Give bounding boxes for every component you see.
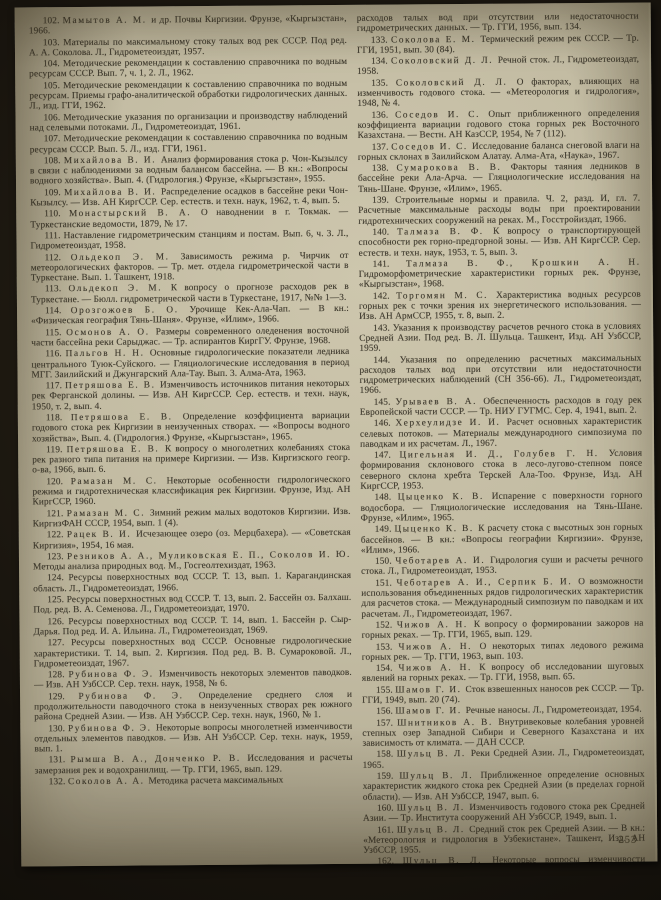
entry-author: Ольдекоп Э. М. (68, 284, 170, 295)
bib-entry: 161. Шульц В. Л. Средний сток рек Средне… (363, 823, 645, 856)
bib-entry: 128. Рубинова Ф. Э. Изменчивость некотор… (34, 668, 352, 691)
entry-text: Методические указания по организации и п… (30, 111, 348, 134)
entry-number: 127. (48, 638, 72, 648)
bib-entry: 157. Шнитников А. В. Внутривековые колеб… (362, 716, 644, 749)
entry-number: 104. (43, 59, 63, 69)
entry-author: Мамытов А. М. (63, 15, 152, 26)
bib-entry: 127. Ресурсы поверхностных вод СССР. Осн… (34, 636, 352, 669)
entry-number: 153. (376, 642, 399, 652)
entry-author: Рамазан М. С. (71, 476, 167, 487)
bib-entry: 160. Шульц В. Л. Изменчивость годового с… (363, 802, 645, 825)
bib-entry: 152. Чижов А. Н. К вопросу о формировани… (361, 619, 643, 642)
entry-number: 126. (47, 617, 68, 627)
bib-entry: 158. Шульц В. Л. Реки Средней Азии. Л., … (362, 748, 644, 771)
entry-author: Соседов И. С. (391, 141, 472, 152)
entry-author: Пальгов Н. Н. (66, 349, 150, 360)
bib-entry: 102. Мамытов А. М. и др. Почвы Киргизии.… (29, 14, 347, 37)
column-right: расходов талых вод при отсутствии или не… (357, 12, 646, 866)
entry-number: 113. (45, 285, 69, 295)
bib-entry: 151. Чеботарев А. И., Серпик Б. И. О воз… (361, 576, 643, 619)
bib-entry: 141. Талмаза В. Ф., Крошкин А. Н. Гидром… (359, 257, 641, 290)
entry-text: Ресурсы поверхностных вод СССР. Т. 14, в… (34, 615, 352, 638)
entry-number: 122. (47, 530, 67, 540)
bib-entry: 103. Материалы по максимальному стоку та… (29, 35, 347, 58)
entry-author: Рамазан М. С. (67, 508, 150, 519)
entry-text: Указания к производству расчетов речного… (359, 321, 641, 354)
bib-entry: 131. Рымша В. А., Донченко Р. В. Исследо… (35, 753, 353, 776)
entry-number: 162. (377, 857, 402, 866)
entry-author: Урываев В. А. (395, 397, 483, 408)
bib-entry: 153. Чижов А. Н. О некоторых типах ледов… (362, 640, 644, 663)
entry-author: Чижов А. Н. (398, 641, 479, 652)
entry-number: 141. (373, 259, 406, 269)
bib-entry: 104. Методические рекомендации к составл… (29, 57, 347, 80)
entry-author: Михайлова В. И. (64, 155, 161, 166)
entry-text: Строительные нормы и правила. Ч. 2, разд… (358, 194, 640, 227)
entry-number: 111. (44, 231, 63, 241)
entry-number: 136. (371, 110, 395, 120)
bib-entry: 124. Ресурсы поверхностных вод СССР. Т. … (33, 571, 351, 594)
bib-entry: 143. Указания к производству расчетов ре… (359, 321, 641, 354)
entry-number: 131. (49, 756, 71, 766)
entry-number: 110. (44, 209, 69, 219)
bib-entry: 154. Чижов А. Н. К вопросу об исследован… (362, 662, 644, 685)
entry-author: Шульц В. Л. (397, 803, 470, 814)
bib-entry: 105. Методические рекомендации к составл… (29, 79, 347, 112)
entry-number: 157. (376, 718, 397, 728)
entry-text: Методы анализа природных вод. М., Госгео… (33, 561, 276, 573)
bib-entry: 107. Методические рекомендации к составл… (30, 132, 348, 155)
entry-number: 158. (376, 750, 396, 760)
entry-author: Шамов Г. И. (395, 706, 465, 717)
bib-entry: 133. Соколова Е. М. Термический режим ре… (357, 33, 639, 56)
bib-entry: 110. Монастырский В. А. О наводнении в г… (30, 207, 348, 230)
bib-entry: 139. Строительные нормы и правила. Ч. 2,… (358, 194, 640, 227)
entry-number: 134. (371, 57, 391, 67)
bib-entry: 108. Михайлова В. И. Анализ формирования… (30, 154, 348, 187)
entry-text: Ресурсы поверхностных вод СССР. Основные… (34, 636, 352, 669)
entry-number: 147. (374, 451, 399, 461)
bib-entry: 135. Соколовский Д. Л. О факторах, влияю… (357, 76, 639, 109)
entry-author: Осмонов А. О. (66, 327, 156, 338)
entry-author: Ольдекоп Э. М. (71, 252, 181, 263)
bib-entry: 112. Ольдекоп Э. М. Зависимость режима р… (31, 250, 349, 283)
entry-author: Михайлова В. И. (64, 187, 161, 198)
entry-number: 133. (371, 35, 391, 45)
entry-number: 109. (44, 188, 64, 198)
entry-number: 161. (377, 825, 397, 835)
entry-author: Чижов А. Н. (397, 620, 474, 631)
entry-number: 119. (46, 445, 67, 455)
bib-entry: 150. Чеботарев А. И. Гидрология суши и р… (361, 555, 643, 578)
entry-text: Речные наносы. Л., Гидрометеоиздат, 1954… (466, 705, 642, 716)
entry-number: 112. (45, 253, 71, 263)
bib-entry: 122. Рацек В. И. Исчезающее озеро (оз. М… (33, 528, 351, 551)
entry-number: 132. (49, 777, 68, 787)
bib-entry: 111. Наставление гидрометрическим станци… (30, 229, 348, 252)
entry-number: 145. (374, 397, 396, 407)
entry-author: Петряшова Е. В. (67, 444, 165, 455)
entry-number: 142. (373, 291, 396, 301)
entry-number: 159. (377, 772, 400, 782)
entry-number: 156. (376, 707, 395, 717)
bib-entry: 149. Цыценко К. В. К расчету стока с выс… (361, 523, 643, 556)
entry-number: 123. (47, 552, 67, 562)
entry-author: Талмаза В. Ф. (397, 227, 493, 238)
bib-entry: 138. Сумарокова В. В. Факторы таяния лед… (358, 162, 640, 195)
bib-entry: 126. Ресурсы поверхностных вод СССР. Т. … (33, 615, 351, 638)
entry-author: Цыценко К. В. (398, 492, 492, 503)
bib-entry: 132. Соколов А. А. Методика расчета макс… (35, 775, 353, 788)
entry-number: 108. (44, 156, 64, 166)
bib-entry: 119. Петряшова Е. В. К вопросу о многоле… (32, 443, 350, 476)
bib-entry: 146. Херхеулидзе И. И. Расчет основных х… (360, 417, 642, 450)
entry-number: 150. (375, 557, 395, 567)
entry-number: 105. (43, 81, 63, 91)
column-left: 102. Мамытов А. М. и др. Почвы Киргизии.… (29, 14, 354, 867)
page-number: 253 (618, 835, 637, 846)
entry-number: 140. (372, 227, 397, 237)
entry-number: 137. (372, 142, 392, 152)
bib-entry: 114. Орозгожоев Б. О. Урочище Кек-Ала-Ча… (31, 304, 349, 327)
bib-entry: 120. Рамазан М. С. Некоторые особенности… (32, 475, 350, 508)
entry-author: Соколов А. А. (68, 777, 149, 788)
entry-author: Соколовский Д. Л. (391, 56, 498, 67)
bib-entry: 140. Талмаза В. Ф. К вопросу о транспорт… (358, 226, 640, 259)
entry-text: Методические рекомендации к составлению … (30, 132, 348, 155)
bib-entry: 147. Цигельная И. Д., Голубев Г. Н. Усло… (360, 449, 642, 492)
bib-entry: 123. Резников А. А., Муликовская Е. П., … (33, 550, 351, 573)
bib-entry: 145. Урываев В. А. Обеспеченность расход… (360, 395, 642, 418)
entry-number: 144. (373, 355, 399, 365)
bib-entry: 118. Петряшова Е. В. Определение коэффиц… (32, 411, 350, 444)
entry-text: Указания по определению расчетных максим… (359, 353, 641, 396)
entry-author: Рубинова Ф. Э. (68, 723, 156, 734)
book-page: 102. Мамытов А. М. и др. Почвы Киргизии.… (15, 3, 658, 867)
bib-entry: 115. Осмонов А. О. Размеры современного … (31, 326, 349, 349)
entry-number: 151. (375, 578, 396, 588)
entry-author: Соколова Е. М. (391, 34, 480, 45)
entry-author: Цыценко К. В. (394, 524, 478, 535)
bib-entry: 129. Рубинова Ф. Э. Определение среднего… (34, 690, 352, 723)
bib-entry: 134. Соколовский Д. Л. Речной сток. Л., … (357, 55, 639, 78)
entry-author: Шульц В. Л. (397, 749, 471, 760)
bib-entry: 137. Соседов И. С. Исследование баланса … (358, 140, 640, 163)
bib-entry: 144. Указания по определению расчетных м… (359, 353, 641, 396)
entry-number: 138. (372, 164, 397, 174)
entry-number: 115. (45, 328, 66, 338)
entry-text: Материалы по максимальному стоку талых в… (29, 35, 347, 58)
entry-number: 160. (377, 804, 397, 814)
entry-author: Соколовский Д. Л. (396, 77, 517, 88)
bib-entry: 159. Шульц В. Л. Приближенное определени… (363, 770, 645, 803)
entry-author: Херхеулидзе И. И. (395, 418, 506, 429)
bib-entry: 116. Пальгов Н. Н. Основные гидрологичес… (31, 347, 349, 380)
entry-number: 130. (48, 724, 68, 734)
entry-text: Наставление гидрометрическим станциям и … (30, 229, 348, 252)
entry-text: Ресурсы поверхностных вод СССР. Т. 13, в… (33, 571, 351, 594)
bibliography-columns: 102. Мамытов А. М. и др. Почвы Киргизии.… (29, 12, 646, 867)
entry-number: 124. (47, 574, 68, 584)
bib-entry: 142. Торгомян М. С. Характеристика водны… (359, 289, 641, 322)
entry-text: Гидроморфометрические характеристики гор… (359, 268, 641, 291)
bib-entry: 136. Соседов И. С. Опыт приближенного оп… (357, 108, 639, 141)
bib-entry: 155. Шамов Г. И. Сток взвешенных наносов… (362, 683, 644, 706)
entry-number: 118. (46, 413, 71, 423)
bib-entry: 117. Петряшова Е. В. Изменчивость источн… (32, 379, 350, 412)
entry-text: Ресурсы поверхностных вод СССР. Т. 13, в… (33, 593, 351, 616)
entry-number: 154. (376, 664, 399, 674)
entry-author: Шнитников А. В. (397, 717, 498, 728)
entry-number: 120. (46, 477, 70, 487)
entry-number: 103. (43, 38, 63, 48)
entry-text: Методика расчета максимальных (148, 776, 283, 787)
bib-entry: 109. Михайлова В. И. Распределение осадк… (30, 186, 348, 209)
entry-number: 152. (375, 620, 396, 630)
entry-author: Торгомян М. С. (396, 290, 496, 301)
entry-number: 117. (46, 381, 66, 391)
entry-number: 155. (376, 685, 395, 695)
photographed-book-page: 102. Мамытов А. М. и др. Почвы Киргизии.… (0, 0, 661, 900)
entry-author: Соседов И. С. (395, 109, 488, 120)
bib-entry: 130. Рубинова Ф. Э. Некоторые вопросы мн… (34, 721, 352, 754)
entry-number: 106. (43, 113, 63, 123)
entry-number: 121. (47, 509, 67, 519)
entry-author: Рацек В. И. (67, 530, 136, 541)
entry-number: 102. (43, 16, 63, 26)
entry-number: 129. (48, 692, 79, 702)
entry-number: 146. (374, 419, 396, 429)
entry-text: Методические рекомендации к составлению … (29, 79, 347, 112)
entry-number: 143. (373, 323, 393, 333)
bib-entry: расходов талых вод при отсутствии или не… (357, 12, 639, 35)
entry-text: расходов талых вод при отсутствии или не… (357, 12, 639, 35)
entry-number: 116. (45, 349, 65, 359)
entry-number: 107. (44, 134, 64, 144)
entry-author: Монастырский В. А. (69, 208, 201, 219)
bib-entry: 113. Ольдекоп Э. М. К вопросу о прогнозе… (31, 282, 349, 305)
entry-number: 149. (375, 525, 395, 535)
entry-number: 114. (45, 306, 71, 316)
entry-author: Шульц В. Л. (397, 825, 469, 836)
bib-entry: 121. Рамазан М. С. Зимний режим малых во… (33, 507, 351, 530)
entry-number: 125. (47, 595, 66, 605)
entry-number: 139. (372, 196, 395, 206)
entry-author: Рубинова Ф. Э. (78, 691, 198, 702)
entry-text: Методические рекомендации к составлению … (29, 57, 347, 80)
bib-entry: 162. Шульц В. Л. Некоторые вопросы измен… (363, 855, 645, 866)
entry-number: 128. (48, 670, 69, 680)
entry-author: Шульц В. Л. (403, 856, 493, 866)
bib-entry: 148. Цыценко К. В. Испарение с поверхнос… (360, 491, 642, 524)
entry-number: 148. (374, 493, 397, 503)
entry-number: 135. (371, 78, 396, 88)
entry-author: Шамов Г. И. (395, 685, 465, 696)
bib-entry: 125. Ресурсы поверхностных вод СССР. Т. … (33, 593, 351, 616)
bib-entry: 106. Методические указания по организаци… (29, 111, 347, 134)
